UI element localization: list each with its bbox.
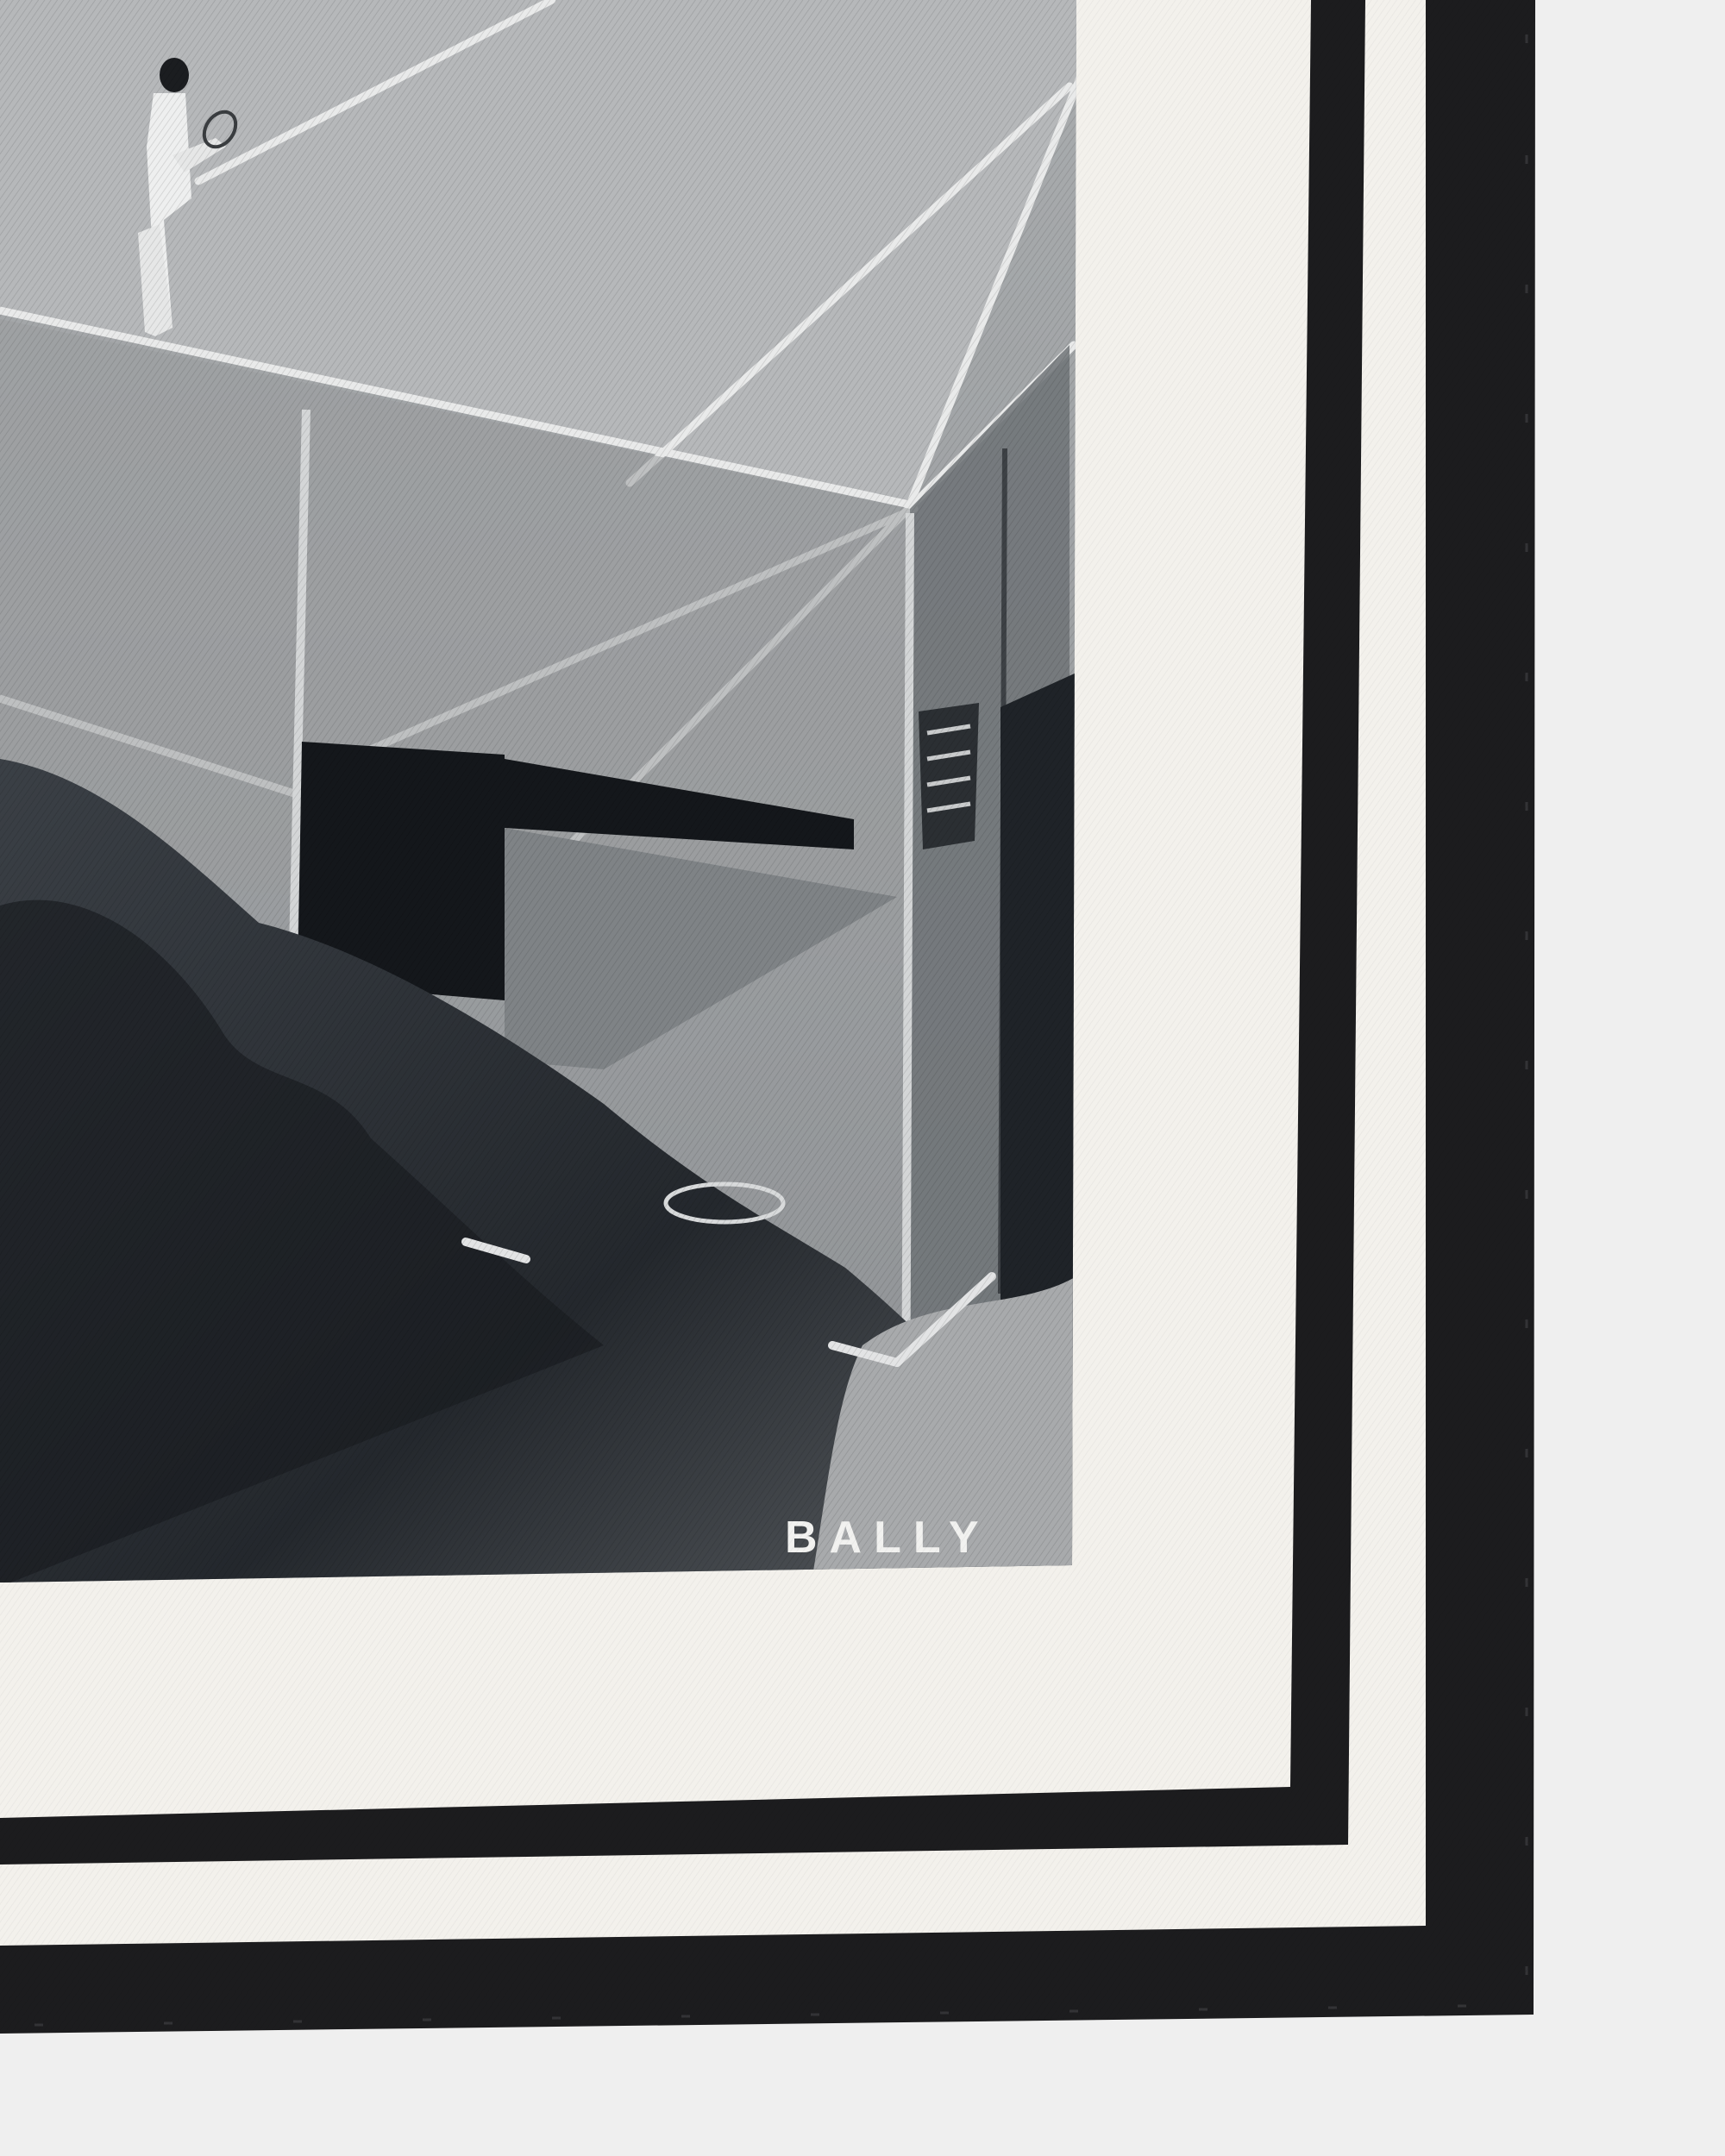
product-image: BALLY: [0, 0, 1725, 2156]
tennis-court-photo: BALLY: [0, 0, 1087, 1587]
brand-logo: BALLY: [785, 1513, 991, 1563]
